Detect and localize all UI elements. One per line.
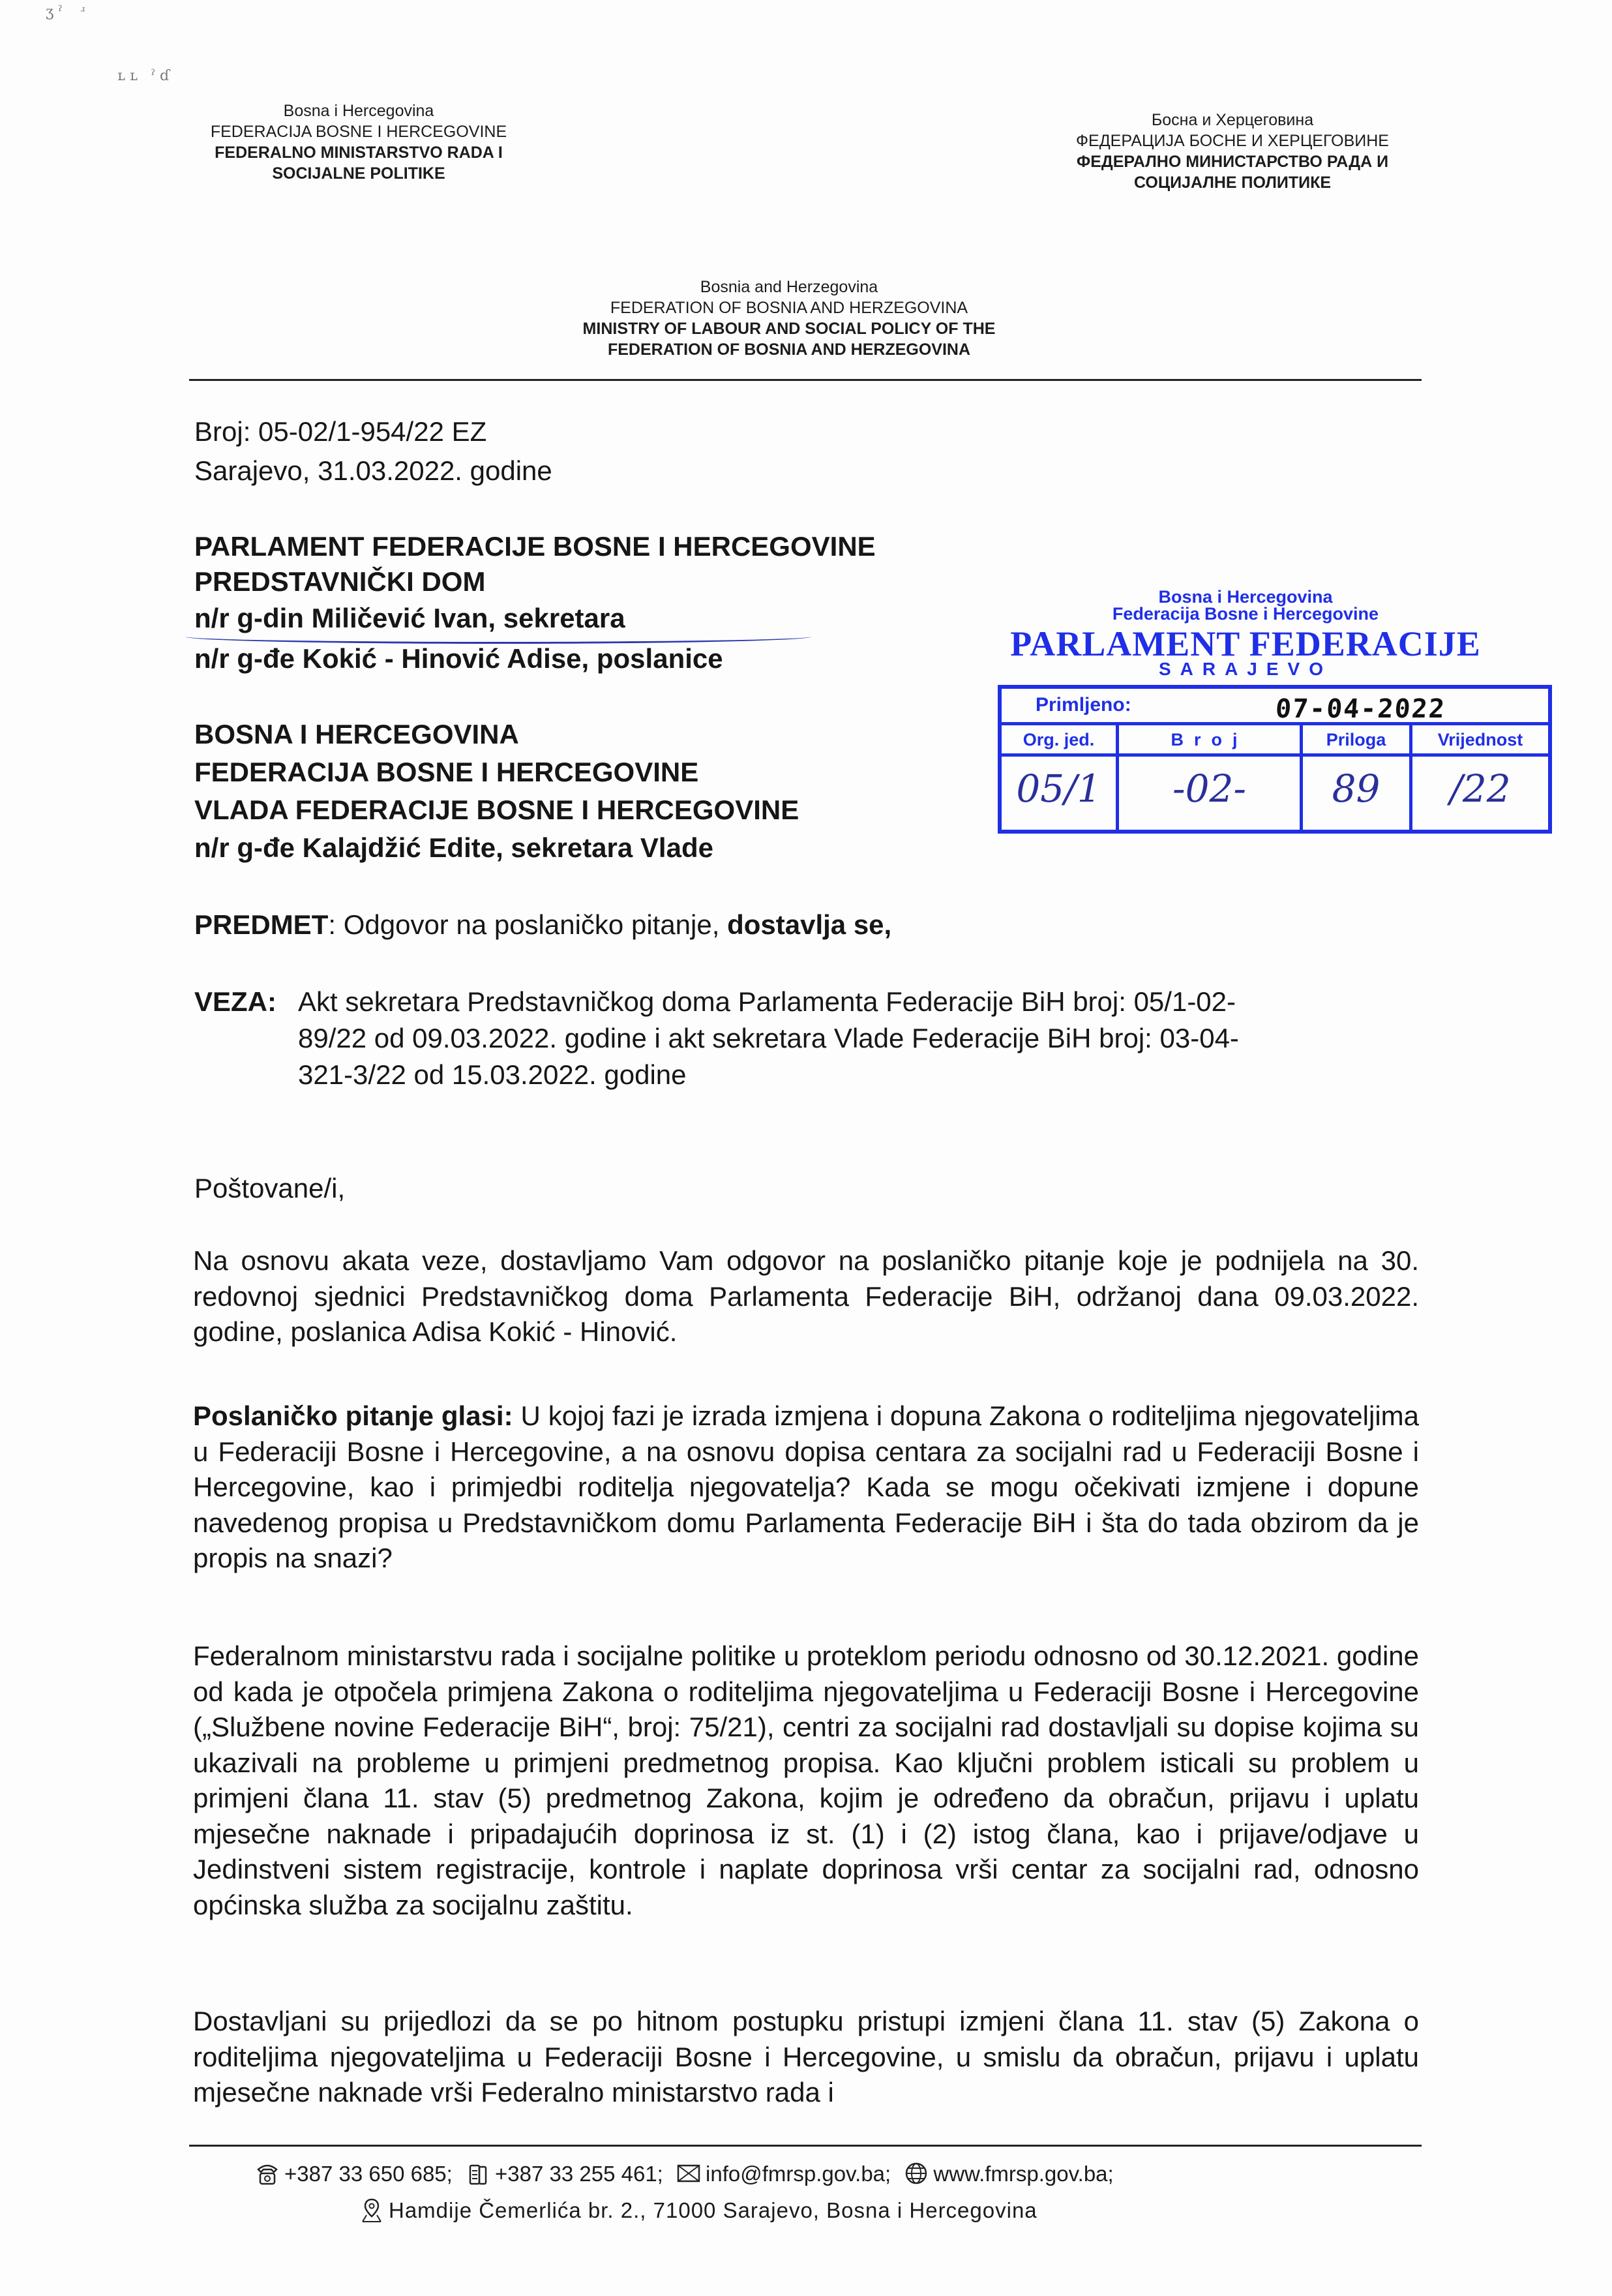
- subject-tail: dostavlja se,: [727, 909, 891, 940]
- letterhead-line: FEDERALNO MINISTARSTVO RADA I: [163, 142, 554, 163]
- stamp-column-value: 05/1: [1002, 757, 1116, 821]
- footer-divider: [189, 2145, 1422, 2147]
- stamp-column-value: /22: [1412, 757, 1548, 821]
- recipient-line: BOSNA I HERCEGOVINA: [194, 716, 519, 753]
- recipient-line: n/r g-đe Kokić - Hinović Adise, poslanic…: [194, 641, 723, 677]
- header-divider: [189, 379, 1422, 381]
- document-number: Broj: 05-02/1-954/22 EZ: [194, 414, 486, 450]
- reference-line: 89/22 od 09.03.2022. godine i akt sekret…: [298, 1020, 1239, 1057]
- map-pin-icon: [359, 2197, 385, 2223]
- stamp-line: Federacija Bosne i Hercegovine: [991, 604, 1500, 624]
- stamp-column-value: 89: [1303, 757, 1409, 821]
- recipient-line: n/r g-din Miličević Ivan, sekretara: [194, 600, 625, 637]
- recipient-line: PREDSTAVNIČKI DOM: [194, 564, 485, 600]
- paragraph-question: Poslaničko pitanje glasi: U kojoj fazi j…: [193, 1398, 1419, 1577]
- subject-text: : Odgovor na poslaničko pitanje,: [328, 909, 727, 940]
- footer-website[interactable]: www.fmrsp.gov.ba;: [933, 2162, 1113, 2186]
- letterhead-bosnian: Bosna i Hercegovina FEDERACIJA BOSNE I H…: [163, 100, 554, 184]
- document-date: Sarajevo, 31.03.2022. godine: [194, 453, 552, 489]
- stamp-column-header: Priloga: [1303, 725, 1409, 757]
- stamp-city: SARAJEVO: [991, 659, 1500, 680]
- stamp-table: Primljeno: 07-04-2022 Org. jed. 05/1 Bro…: [998, 685, 1552, 834]
- footer-fax: +387 33 255 461;: [495, 2162, 663, 2186]
- parliament-received-stamp: Bosna i Hercegovina Federacija Bosne i H…: [991, 574, 1500, 854]
- letterhead-line: FEDERATION OF BOSNIA AND HERZEGOVINA: [509, 339, 1069, 360]
- stamp-column: Vrijednost /22: [1412, 725, 1548, 830]
- letterhead-line: MINISTRY OF LABOUR AND SOCIAL POLICY OF …: [509, 318, 1069, 339]
- salutation: Poštovane/i,: [194, 1170, 345, 1207]
- reference-line: Akt sekretara Predstavničkog doma Parlam…: [298, 984, 1236, 1020]
- footer-address-text: Hamdije Čemerlića br. 2., 71000 Sarajevo…: [389, 2198, 1037, 2222]
- stamp-column-header: Org. jed.: [1002, 725, 1116, 757]
- question-label: Poslaničko pitanje glasi:: [193, 1400, 513, 1431]
- stamp-column-header: Vrijednost: [1412, 725, 1548, 757]
- paragraph-background: Federalnom ministarstvu rada i socijalne…: [193, 1639, 1419, 1923]
- recipient-line: VLADA FEDERACIJE BOSNE I HERCEGOVINE: [194, 792, 799, 828]
- letterhead-line: SOCIJALNE POLITIKE: [163, 163, 554, 184]
- letterhead-line: FEDERACIJA BOSNE I HERCEGOVINE: [163, 121, 554, 142]
- reference-label: VEZA:: [194, 984, 276, 1020]
- stamp-column: Priloga 89: [1303, 725, 1412, 830]
- letterhead-line: СОЦИЈАЛНЕ ПОЛИТИКЕ: [998, 172, 1467, 193]
- stamp-column: Org. jed. 05/1: [1002, 725, 1119, 830]
- fax-icon: [465, 2160, 491, 2186]
- footer-contacts: +387 33 650 685; +387 33 255 461; info@f…: [254, 2159, 1114, 2189]
- globe-icon: [903, 2160, 929, 2186]
- reference-line: 321-3/22 od 15.03.2022. godine: [298, 1057, 687, 1093]
- paragraph-proposals: Dostavljani su prijedlozi da se po hitno…: [193, 2004, 1419, 2111]
- stamp-received-row: Primljeno: 07-04-2022: [1002, 689, 1548, 725]
- stamp-received-label: Primljeno:: [1036, 694, 1131, 716]
- stamp-column-header: Broj: [1119, 725, 1300, 757]
- paragraph-intro: Na osnovu akata veze, dostavljamo Vam od…: [193, 1243, 1419, 1350]
- recipient-line: FEDERACIJA BOSNE I HERCEGOVINE: [194, 754, 698, 791]
- subject-line: PREDMET: Odgovor na poslaničko pitanje, …: [194, 907, 891, 943]
- subject-label: PREDMET: [194, 909, 328, 940]
- footer-address: Hamdije Čemerlića br. 2., 71000 Sarajevo…: [359, 2196, 1037, 2226]
- letterhead-english: Bosnia and Herzegovina FEDERATION OF BOS…: [509, 277, 1069, 360]
- stamp-received-date: 07-04-2022: [1274, 694, 1446, 724]
- stamp-columns: Org. jed. 05/1 Broj -02- Priloga 89 Vrij…: [1002, 725, 1548, 830]
- stamp-column: Broj -02-: [1119, 725, 1303, 830]
- recipient-line: PARLAMENT FEDERACIJE BOSNE I HERCEGOVINE: [194, 528, 876, 565]
- stamp-column-value: -02-: [1119, 757, 1300, 821]
- scan-mark: ʟ ʟ ˀ ɗ: [117, 68, 170, 84]
- letterhead-line: ФЕДЕРАЛНО МИНИСТАРСТВО РАДА И: [998, 151, 1467, 172]
- envelope-icon: [676, 2160, 702, 2186]
- phone-icon: [254, 2160, 280, 2186]
- recipient-line: n/r g-đe Kalajdžić Edite, sekretara Vlad…: [194, 830, 713, 866]
- letterhead-line: ФЕДЕРАЦИЈА БОСНЕ И ХЕРЦЕГОВИНЕ: [998, 130, 1467, 151]
- letterhead-line: Босна и Херцеговина: [998, 110, 1467, 130]
- letterhead-line: Bosna i Hercegovina: [163, 100, 554, 121]
- letterhead-line: FEDERATION OF BOSNIA AND HERZEGOVINA: [509, 297, 1069, 318]
- footer-email[interactable]: info@fmrsp.gov.ba;: [706, 2162, 891, 2186]
- scan-mark: ʒ ˀ ʴ: [46, 4, 85, 20]
- footer-phone: +387 33 650 685;: [284, 2162, 453, 2186]
- letterhead-line: Bosnia and Herzegovina: [509, 277, 1069, 297]
- letterhead-cyrillic: Босна и Херцеговина ФЕДЕРАЦИЈА БОСНЕ И Х…: [998, 110, 1467, 193]
- stamp-title: PARLAMENT FEDERACIJE: [991, 624, 1500, 664]
